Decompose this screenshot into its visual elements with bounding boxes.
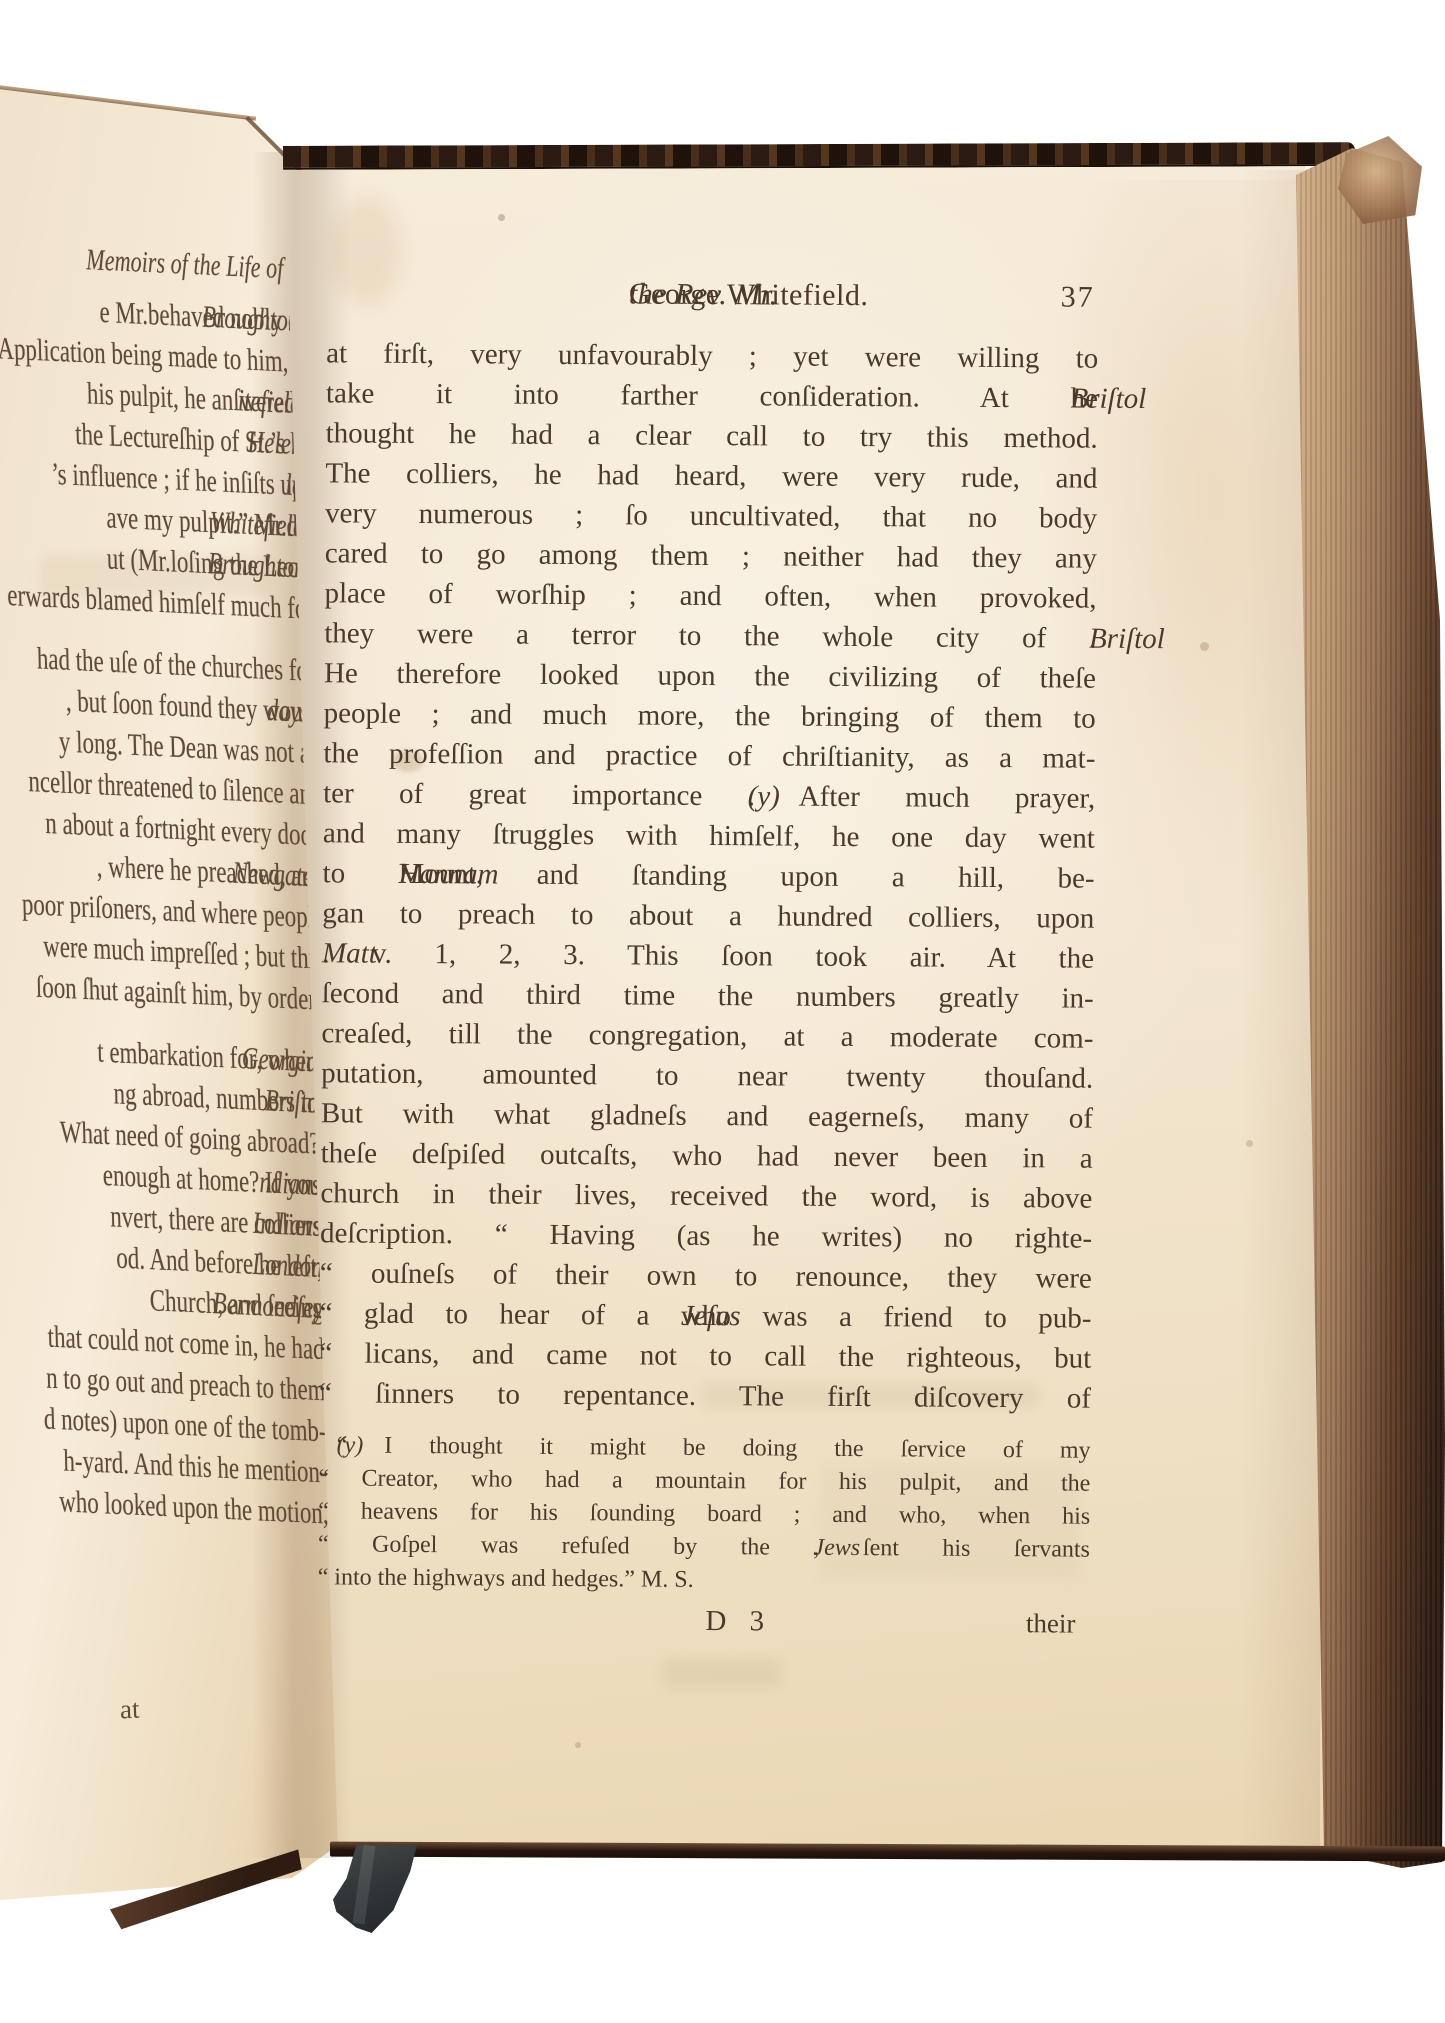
catchword: their xyxy=(1026,1603,1076,1643)
text-line: Matt. v. 1, 2, 3. This ſoon took air. At… xyxy=(322,933,1094,978)
text-line: He therefore looked upon the civilizing … xyxy=(324,653,1096,698)
text-line: “ licans, and came not to call the right… xyxy=(319,1333,1091,1378)
book-photo: Memoirs of the Life of e Mr. Broughton b… xyxy=(0,0,1445,2023)
left-catchword: at xyxy=(119,1694,140,1726)
text-line: church in their lives, received the word… xyxy=(320,1173,1092,1218)
text-line: the profeſſion and practice of chriſtian… xyxy=(323,733,1095,778)
text-line: place of worſhip ; and often, when provo… xyxy=(324,573,1096,618)
signature-mark: D 3 xyxy=(705,1601,772,1641)
text-line: “ into the highways and hedges.” M. S. xyxy=(318,1561,1090,1599)
bookmark-ribbon xyxy=(333,1845,417,1933)
text-line: “ ſinners to repentance. The firſt diſco… xyxy=(319,1373,1091,1418)
show-through-smudge xyxy=(662,1658,782,1688)
text-line: ter of great importance (y). After much … xyxy=(323,773,1095,818)
text-line: take it into farther conſideration. At B… xyxy=(326,373,1098,418)
right-page-text: the Rev. Mr. George Whitefield. 37 at fi… xyxy=(317,269,1099,1654)
text-line: people ; and much more, the bringing of … xyxy=(324,693,1096,738)
footnote: (y) “ I thought it might be doing the ſe… xyxy=(318,1429,1091,1599)
body-text: at firſt, very unfavourably ; yet were w… xyxy=(319,333,1099,1418)
text-line: putation, amounted to near twenty thouſa… xyxy=(321,1053,1093,1098)
signature-row: D 3 their xyxy=(317,1598,1089,1643)
text-line: “ heavens for his ſounding board ; and w… xyxy=(318,1495,1090,1533)
page-number: 37 xyxy=(1060,274,1094,320)
text-line: deſcription. “ Having (as he writes) no … xyxy=(320,1213,1092,1258)
top-leather-edge xyxy=(283,142,1355,170)
text-line: at firſt, very unfavourably ; yet were w… xyxy=(326,333,1098,378)
text-line: and many ſtruggles with himſelf, he one … xyxy=(323,813,1095,858)
text-line: very numerous ; ſo uncultivated, that no… xyxy=(325,493,1097,538)
text-line: cared to go among them ; neither had the… xyxy=(325,533,1097,578)
text-line: The colliers, he had heard, were very ru… xyxy=(325,453,1097,498)
text-line: “ Creator, who had a mountain for his pu… xyxy=(318,1462,1090,1500)
foxing-spot xyxy=(575,1742,581,1748)
text-line: But with what gladneſs and eagerneſs, ma… xyxy=(321,1093,1093,1138)
text-line: “ glad to hear of a Jeſus who was a frie… xyxy=(319,1293,1091,1338)
text-line: “ ouſneſs of their own to renounce, they… xyxy=(320,1253,1092,1298)
text-line: thought he had a clear call to try this … xyxy=(326,413,1098,458)
foxing-spot xyxy=(498,214,505,221)
text-line: theſe deſpiſed outcaſts, who had never b… xyxy=(321,1133,1093,1178)
foxing-spot xyxy=(1246,1140,1253,1147)
text-line: “ Goſpel was refuſed by the Jews, ſent h… xyxy=(318,1528,1090,1566)
text-line: to Hannam Mount, and ſtanding upon a hil… xyxy=(322,853,1094,898)
text-line: gan to preach to about a hundred collier… xyxy=(322,893,1094,938)
page-header: the Rev. Mr. George Whitefield. 37 xyxy=(327,269,1099,320)
text-line: creaſed, till the congregation, at a mod… xyxy=(321,1013,1093,1058)
running-title: the Rev. Mr. George Whitefield. xyxy=(629,271,869,319)
text-line: (y) “ I thought it might be doing the ſe… xyxy=(318,1429,1090,1467)
foxing-spot xyxy=(1200,642,1209,651)
text-line: they were a terror to the whole city of … xyxy=(324,613,1096,658)
text-line: ſecond and third time the numbers greatl… xyxy=(322,973,1094,1018)
